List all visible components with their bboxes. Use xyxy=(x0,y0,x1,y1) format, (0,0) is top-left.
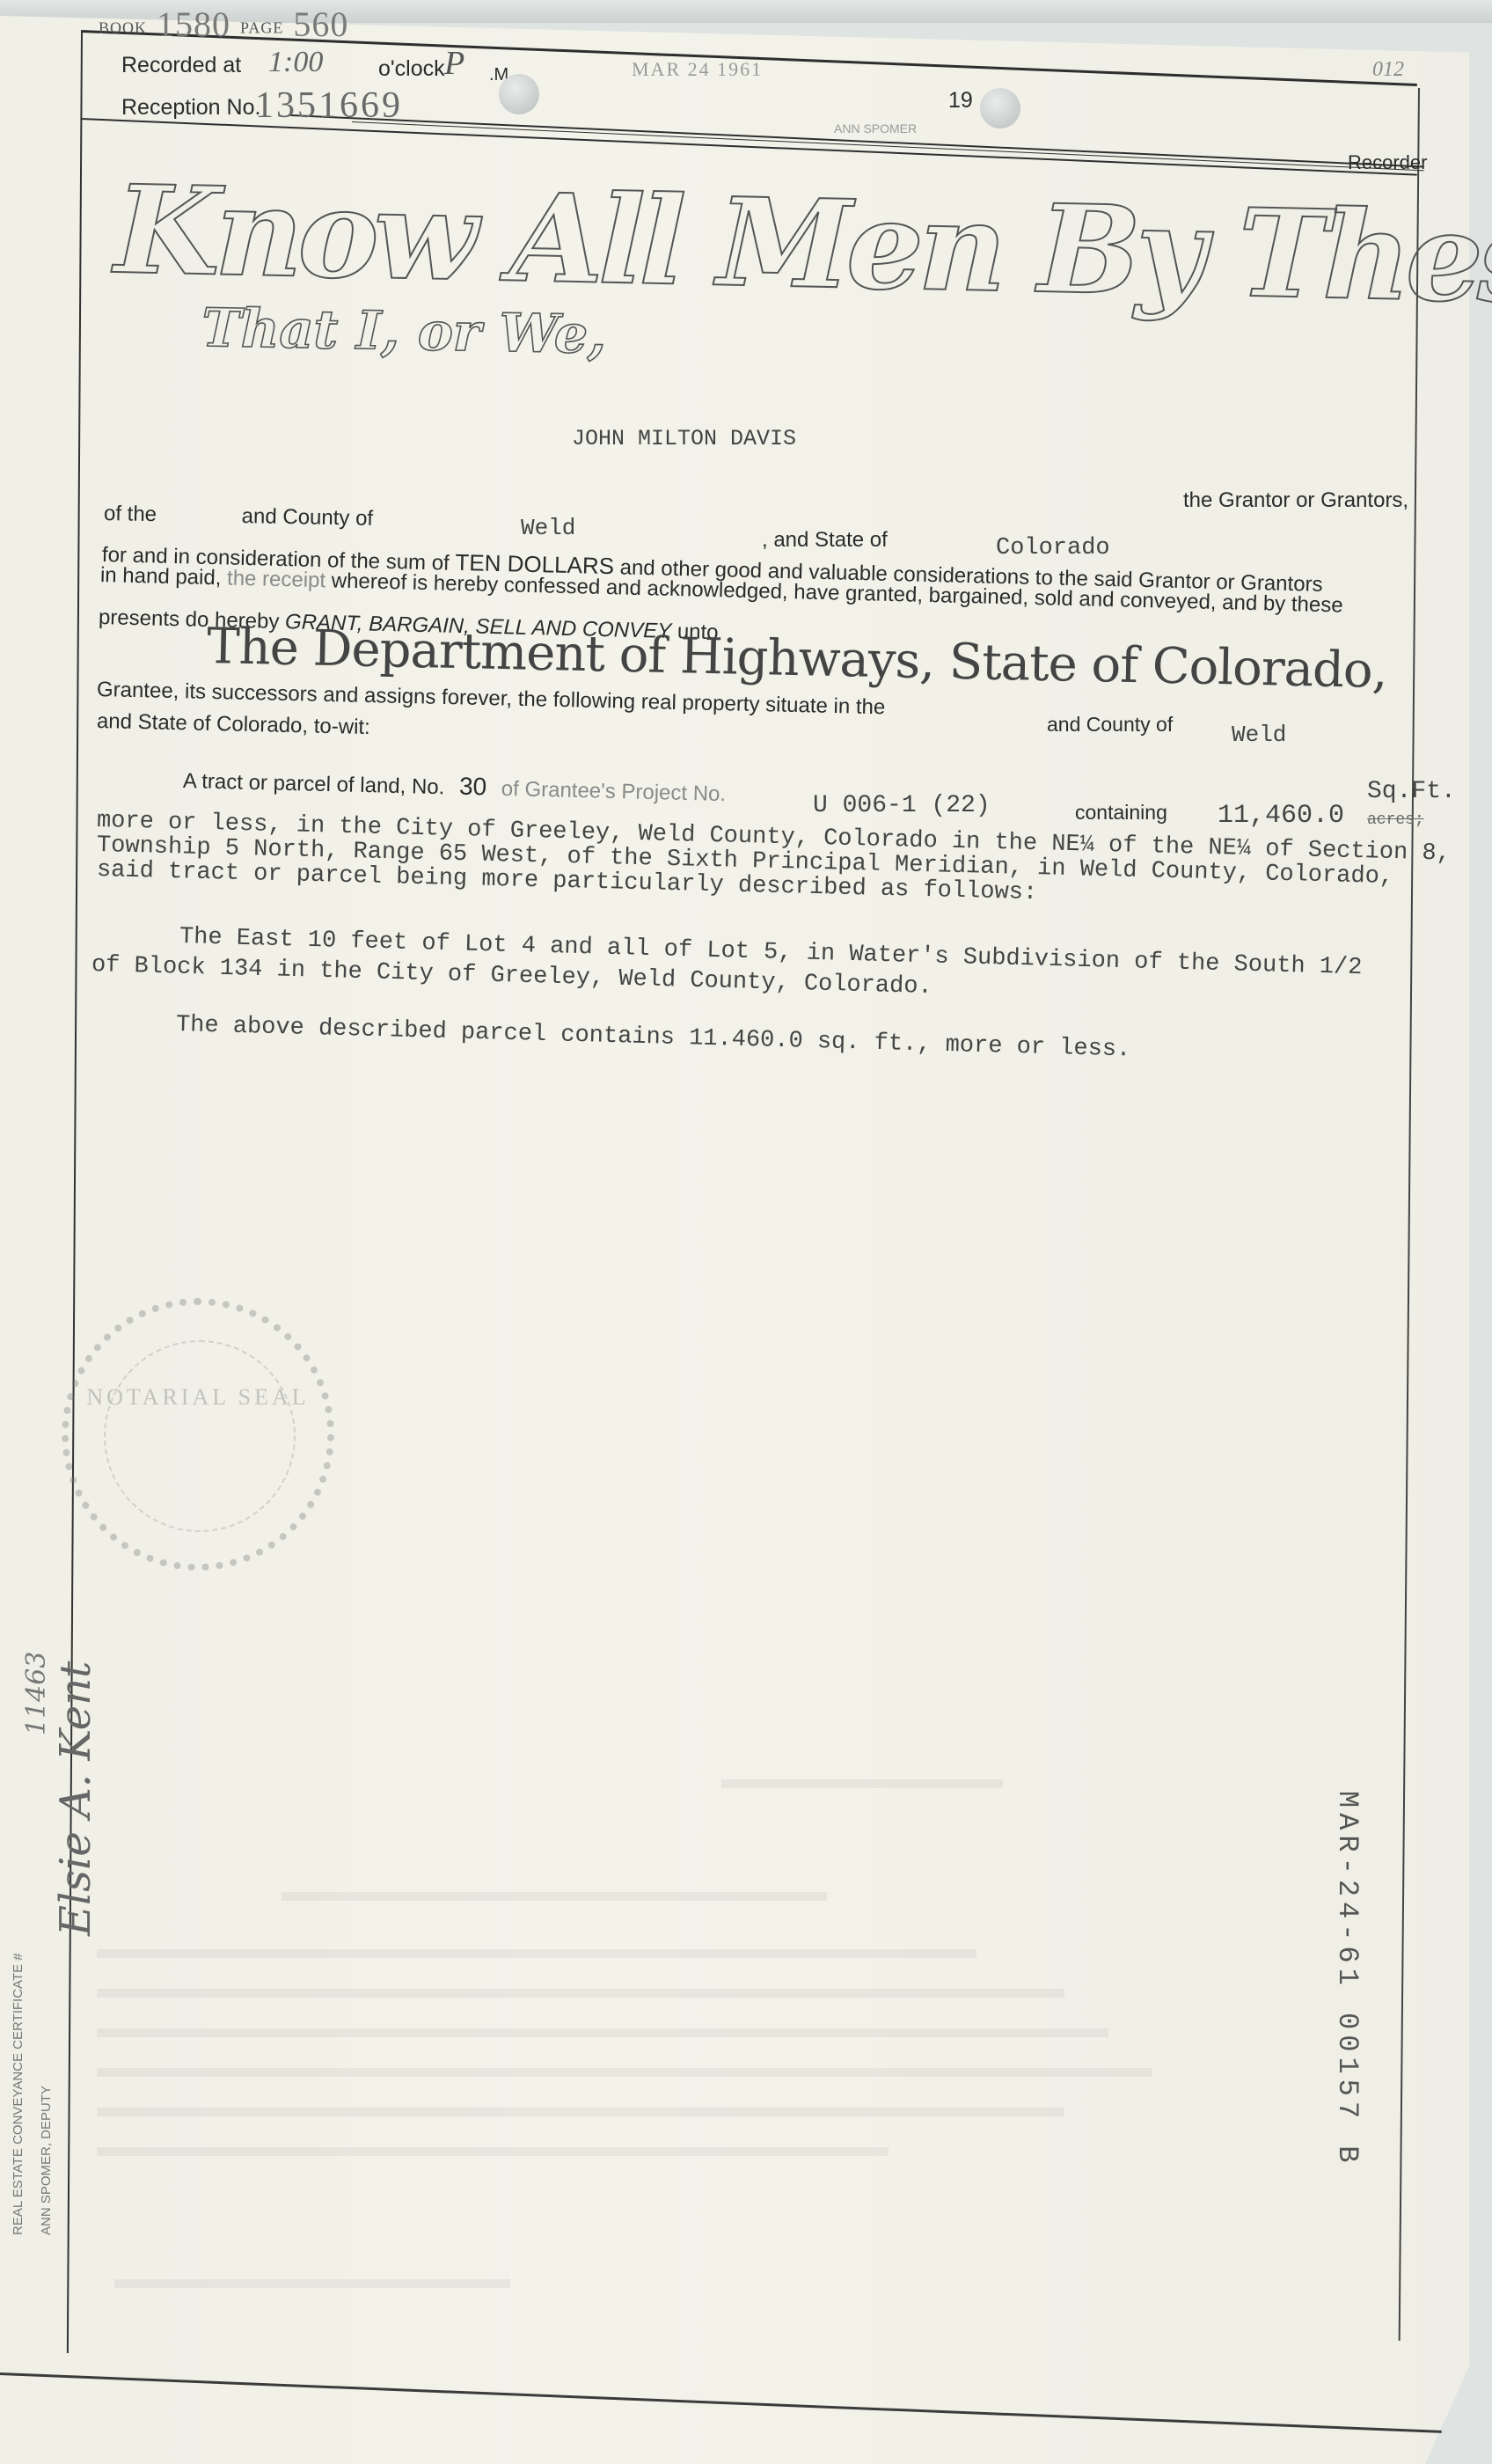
bleed-through xyxy=(97,1949,976,1958)
unit-acres-struck: acres; xyxy=(1367,811,1424,829)
bleed-through xyxy=(97,1989,1064,1998)
bleed-through xyxy=(721,1779,1003,1788)
bleed-through xyxy=(97,2028,1108,2037)
deputy-label: ANN SPOMER, DEPUTY xyxy=(39,2086,54,2235)
receipt-faded: the receipt xyxy=(227,567,326,593)
grantor-name: JOHN MILTON DAVIS xyxy=(572,426,796,451)
oclock-label: o'clock xyxy=(378,56,445,82)
conveyance-cert-label: REAL ESTATE CONVEYANCE CERTIFICATE # xyxy=(11,1953,26,2235)
recorder-stamp: ANN SPOMER xyxy=(834,121,917,136)
filing-stamp: MAR-24-61 00157 B xyxy=(1331,1791,1364,2167)
page-label: PAGE xyxy=(240,18,283,36)
notary-seal: NOTARIAL SEAL xyxy=(62,1298,334,1571)
bleed-through xyxy=(97,2068,1152,2077)
situate-county: Weld xyxy=(1232,722,1286,748)
project-number: U 006-1 (22) xyxy=(813,792,991,819)
grantor-role-label: the Grantor or Grantors, xyxy=(1183,488,1408,513)
receipt-pre: in hand paid, xyxy=(100,563,222,590)
reception-label: Reception No. xyxy=(121,95,260,121)
title-that-i-or-we: That I, or We, xyxy=(201,297,607,366)
recorded-time: 1:00 xyxy=(268,46,323,79)
punch-hole-left xyxy=(499,74,539,114)
of-the-line: of the and County of xyxy=(104,502,374,532)
bleed-through xyxy=(97,2147,889,2156)
unit-sqft: Sq.Ft. xyxy=(1367,778,1456,805)
parcel-number: 30 xyxy=(459,773,487,801)
state-label: , and State of xyxy=(762,528,888,553)
containing-label: containing xyxy=(1075,801,1167,825)
initials: 012 xyxy=(1372,58,1404,82)
grantor-state: Colorado xyxy=(996,535,1110,561)
punch-hole-right xyxy=(980,88,1020,128)
reception-number: 1351669 xyxy=(255,84,403,127)
book-page-stamp: BOOK 1580 PAGE 560 xyxy=(99,4,348,45)
book-number: 1580 xyxy=(157,4,230,44)
parcel-area: 11,460.0 xyxy=(1218,801,1344,831)
recorded-at-label: Recorded at xyxy=(121,53,241,78)
county-label: and County of xyxy=(241,504,373,531)
bleed-through xyxy=(114,2279,510,2288)
seal-text: NOTARIAL SEAL xyxy=(69,1384,327,1411)
bleed-through xyxy=(282,1892,827,1901)
conveyance-cert-number: 11463 xyxy=(21,1652,52,1735)
grantor-county: Weld xyxy=(521,515,575,541)
recorder-label: Recorder xyxy=(1348,151,1427,174)
parcel-intro-text: A tract or parcel of land, No. xyxy=(183,769,445,799)
date-stamp: MAR 24 1961 xyxy=(632,58,763,81)
deed-page xyxy=(0,16,1469,2464)
book-label: BOOK xyxy=(99,18,147,36)
project-label: of Grantee's Project No. xyxy=(501,777,727,806)
seal-inner-ring xyxy=(104,1340,296,1532)
of-the-label: of the xyxy=(104,502,157,526)
situate-county-label: and County of xyxy=(1047,713,1173,737)
am-pm-mark: P xyxy=(444,44,464,83)
bleed-through xyxy=(97,2108,1064,2116)
page-number: 560 xyxy=(293,4,348,44)
year-prefix: 19 xyxy=(948,88,973,114)
deputy-signature: Elsie A. Kent xyxy=(51,1661,100,1936)
